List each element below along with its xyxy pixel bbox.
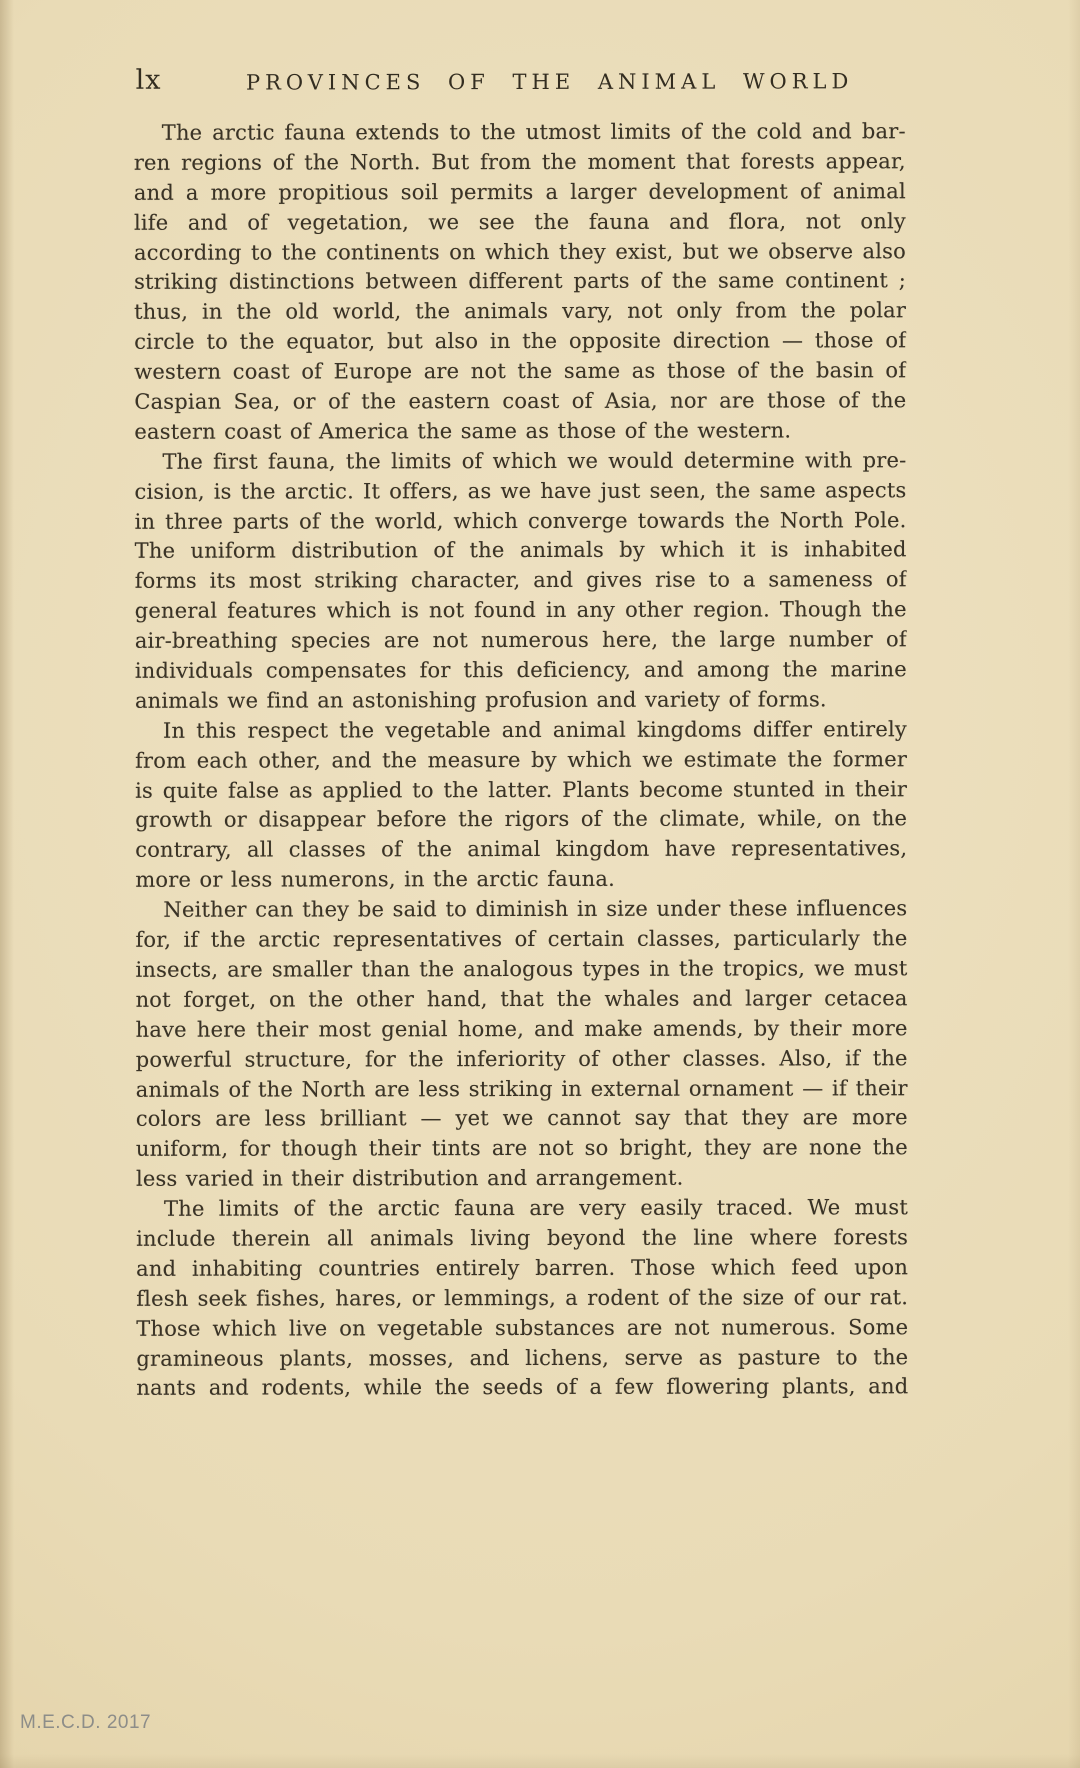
text-line: colors are less brilliant — yet we canno… <box>136 1104 908 1136</box>
text-line: is quite false as applied to the latter.… <box>135 775 907 807</box>
text-line: contrary, all classes of the animal king… <box>135 835 907 867</box>
text-line: eastern coast of America the same as tho… <box>134 416 906 448</box>
text-line: powerful structure, for the inferiority … <box>136 1044 908 1076</box>
text-line: insects, are smaller than the analogous … <box>135 954 907 986</box>
paragraph: Neither can they be said to diminish in … <box>135 894 908 1195</box>
text-line: and a more propitious soil permits a lar… <box>134 177 906 209</box>
text-line: The uniform distribution of the animals … <box>135 536 907 568</box>
text-line: general features which is not found in a… <box>135 595 907 627</box>
text-line: less varied in their distribution and ar… <box>136 1163 908 1195</box>
text-line: Caspian Sea, or of the eastern coast of … <box>134 386 906 418</box>
page-body: The arctic fauna extends to the utmost l… <box>134 117 909 1404</box>
text-line: thus, in the old world, the animals vary… <box>134 297 906 329</box>
text-line: life and of vegetation, we see the fauna… <box>134 207 906 239</box>
text-line: animals of the North are less striking i… <box>136 1074 908 1106</box>
paragraph: The first fauna, the limits of which we … <box>134 446 907 717</box>
page-header: lx PROVINCES OF THE ANIMAL WORLD <box>134 63 906 119</box>
running-title: PROVINCES OF THE ANIMAL WORLD <box>134 63 906 95</box>
text-line: The limits of the arctic fauna are very … <box>136 1193 908 1225</box>
text-line: and inhabiting countries entirely barren… <box>136 1253 908 1285</box>
text-line: include therein all animals living beyon… <box>136 1223 908 1255</box>
text-line: flesh seek fishes, hares, or lemmings, a… <box>136 1283 908 1315</box>
folio-label: lx <box>136 65 162 96</box>
text-line: Neither can they be said to diminish in … <box>135 894 907 926</box>
page-root: { "page": { "folio": "lx", "running_titl… <box>0 0 1080 1768</box>
text-line: individuals compensates for this deficie… <box>135 655 907 687</box>
text-line: air-breathing species are not numerous h… <box>135 625 907 657</box>
text-line: ren regions of the North. But from the m… <box>134 147 906 179</box>
text-line: from each other, and the measure by whic… <box>135 745 907 777</box>
text-line: uniform, for though their tints are not … <box>136 1133 908 1165</box>
text-line: in three parts of the world, which conve… <box>135 506 907 538</box>
text-line: according to the continents on which the… <box>134 237 906 269</box>
text-line: The first fauna, the limits of which we … <box>134 446 906 478</box>
page-content: lx PROVINCES OF THE ANIMAL WORLD The arc… <box>134 63 909 1404</box>
text-line: The arctic fauna extends to the utmost l… <box>134 117 906 149</box>
text-line: growth or disappear before the rigors of… <box>135 805 907 837</box>
text-line: forms its most striking character, and g… <box>135 566 907 598</box>
text-line: cision, is the arctic. It offers, as we … <box>134 476 906 508</box>
text-line: In this respect the vegetable and animal… <box>135 715 907 747</box>
text-line: not forget, on the other hand, that the … <box>136 984 908 1016</box>
text-line: have here their most genial home, and ma… <box>136 1014 908 1046</box>
text-line: Those which live on vegetable substances… <box>136 1313 908 1345</box>
text-line: animals we find an astonishing profusion… <box>135 685 907 717</box>
text-line: circle to the equator, but also in the o… <box>134 326 906 358</box>
text-line: gramineous plants, mosses, and lichens, … <box>136 1343 908 1375</box>
text-line: striking distinctions between different … <box>134 267 906 299</box>
paragraph: The arctic fauna extends to the utmost l… <box>134 117 907 447</box>
text-line: more or less numerons, in the arctic fau… <box>135 864 907 896</box>
paragraph: The limits of the arctic fauna are very … <box>136 1193 908 1404</box>
text-line: western coast of Europe are not the same… <box>134 356 906 388</box>
text-line: nants and rodents, while the seeds of a … <box>136 1373 908 1405</box>
paragraph: In this respect the vegetable and animal… <box>135 715 907 896</box>
watermark-label: M.E.C.D. 2017 <box>20 1712 151 1734</box>
text-line: for, if the arctic representatives of ce… <box>135 924 907 956</box>
